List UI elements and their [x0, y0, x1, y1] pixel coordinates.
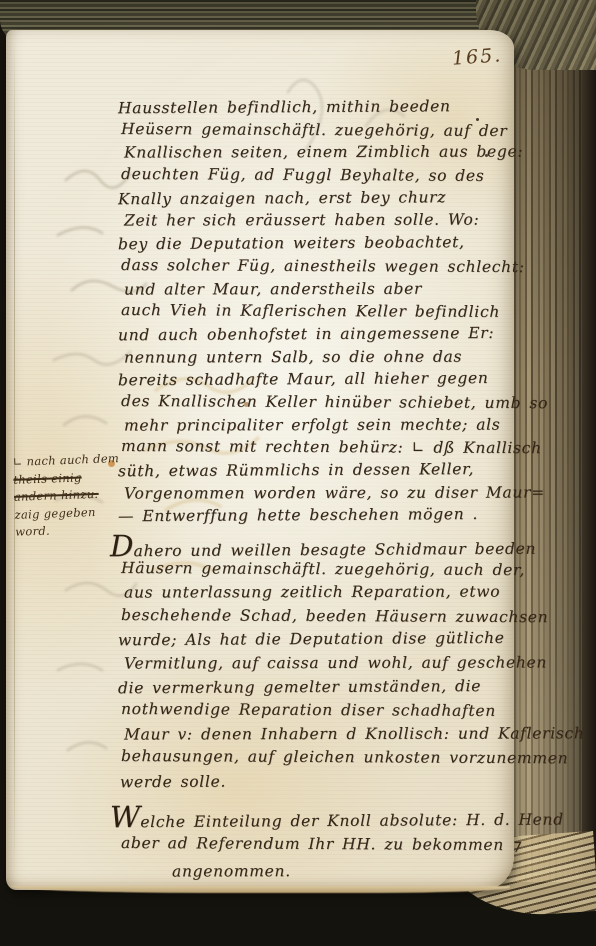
paragraph: Welche Einteilung der Knoll absolute: H.… [118, 805, 520, 885]
text-line: die vermerkung gemelter umständen, die [118, 674, 520, 700]
text-line: und auch obenhofstet in aingemessene Er: [118, 322, 520, 347]
text-line: bereits schadhafte Maur, all hieher gege… [118, 367, 520, 392]
text-line: beschehende Schad, beeden Häusern zuwach… [121, 604, 523, 630]
text-line: wurde; Als hat die Deputation dise gütli… [118, 627, 520, 653]
text-line: aber ad Referendum Ihr HH. zu bekommen ⁊ [121, 830, 523, 859]
text-line: Knallischen seiten, einem Zimblich aus b… [124, 141, 526, 165]
text-line: nothwendige Reparation diser schadhaften [121, 698, 523, 724]
text-line: Zeit her sich eräussert haben solle. Wo: [124, 209, 526, 233]
text-line: nennung untern Salb, so die ohne das [124, 345, 526, 369]
text-line: Häusern gemainschäftl. zuegehörig, auch … [121, 557, 523, 583]
text-line: Heüsern gemainschäftl. zuegehörig, auf d… [121, 118, 523, 143]
text-line: Maur v: denen Inhabern d Knollisch: und … [124, 722, 526, 747]
text-line: Hausstellen befindlich, mithin beeden [118, 95, 520, 120]
text-line: Knally anzaigen nach, erst bey churz [118, 186, 520, 211]
text-line: behausungen, auf gleichen unkosten vorzu… [121, 745, 523, 771]
margin-note-line: word. [15, 520, 120, 541]
text-line: Vermitlung, auf caissa und wohl, auf ges… [124, 652, 526, 677]
text-line: süth, etwas Rümmlichs in dessen Keller, [118, 458, 520, 483]
manuscript-text: Hausstellen befindlich, mithin beedenHeü… [118, 96, 520, 884]
paragraph: Hausstellen befindlich, mithin beedenHeü… [118, 96, 520, 527]
margin-note-line: ∟ nach auch dem [13, 450, 118, 471]
text-line: — Entwerffung hette beschehen mögen . [118, 503, 520, 528]
text-line: auch Vieh in Kaflerischen Keller befindl… [121, 299, 523, 324]
page-number: 165. [451, 44, 503, 69]
text-line: werde solle. [120, 769, 520, 795]
text-line: mehr principaliter erfolgt sein mechte; … [124, 413, 526, 437]
manuscript-page: 165. ∟ nach auch demtheils einigandern h… [6, 30, 514, 890]
text-line: Welche Einteilung der Knoll absolute: H.… [110, 803, 520, 832]
paragraph: Dahero und weillen besagte Schidmaur bee… [118, 534, 520, 794]
text-line: und alter Maur, anderstheils aber [124, 277, 526, 301]
text-line: deuchten Füg, ad Fuggl Beyhalte, so des [121, 163, 523, 188]
book-fore-edge-shadow [582, 0, 596, 946]
text-line: dass solcher Füg, ainestheils wegen schl… [121, 254, 523, 279]
text-line: angenommen. [172, 857, 526, 884]
text-line: mann sonst mit rechten behürz: ∟ dß Knal… [121, 435, 523, 460]
margin-note: ∟ nach auch demtheils einigandern hinzu:… [13, 450, 120, 541]
text-line: Vorgenommen worden wäre, so zu diser Mau… [124, 481, 526, 505]
text-line: aus unterlassung zeitlich Reparation, et… [124, 581, 526, 606]
text-line: des Knallischen Keller hinüber schiebet,… [121, 390, 523, 415]
text-line: bey die Deputation weiters beobachtet, [118, 231, 520, 256]
book-photo: 165. ∟ nach auch demtheils einigandern h… [0, 0, 596, 946]
text-line: Dahero und weillen besagte Schidmaur bee… [110, 533, 520, 559]
